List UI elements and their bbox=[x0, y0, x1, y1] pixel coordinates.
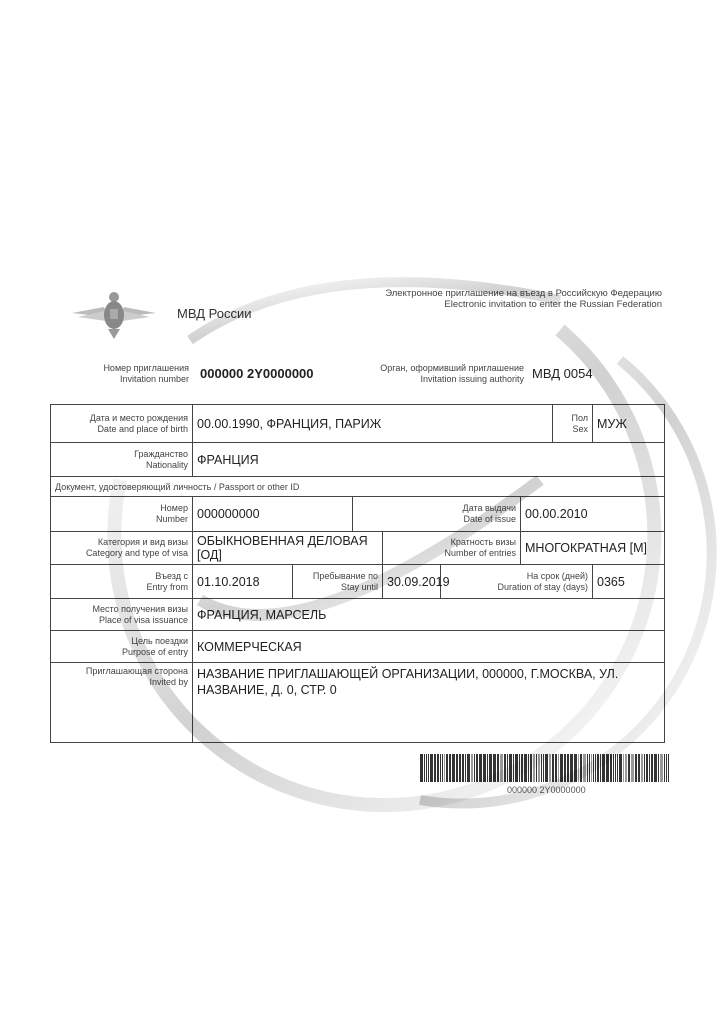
barcode-bar bbox=[638, 754, 640, 782]
stay-until-label-ru: Пребывание по bbox=[297, 571, 378, 582]
barcode-bar bbox=[509, 754, 512, 782]
invitation-number-label: Номер приглашения Invitation number bbox=[103, 363, 189, 385]
issuing-authority: МВД 0054 bbox=[532, 366, 593, 381]
barcode-bar bbox=[420, 754, 423, 782]
purpose-label: Цель поездкиPurpose of entry bbox=[51, 631, 193, 663]
nationality-label-ru: Гражданство bbox=[55, 449, 188, 460]
nationality-label: ГражданствоNationality bbox=[51, 443, 193, 477]
barcode-bar bbox=[589, 754, 590, 782]
barcode-bar bbox=[567, 754, 570, 782]
barcode-bar bbox=[666, 754, 667, 782]
barcode-bar bbox=[533, 754, 536, 782]
issue-date-label-en: Date of issue bbox=[357, 514, 516, 525]
barcode-bar bbox=[519, 754, 521, 782]
barcode-bar bbox=[600, 754, 602, 782]
barcode-bar bbox=[513, 754, 514, 782]
barcode-bar bbox=[610, 754, 612, 782]
barcode-bar bbox=[459, 754, 462, 782]
barcode-bar bbox=[426, 754, 427, 782]
barcode-bar bbox=[428, 754, 430, 782]
nationality-row: ГражданствоNationality ФРАНЦИЯ bbox=[51, 443, 665, 477]
invitation-number-label-ru: Номер приглашения bbox=[103, 363, 189, 374]
document-title-ru: Электронное приглашение на въезд в Росси… bbox=[385, 288, 662, 299]
invitation-number-label-en: Invitation number bbox=[103, 374, 189, 385]
barcode-number: 000000 2Y0000000 bbox=[507, 785, 586, 795]
authority-title: МВД России bbox=[177, 306, 251, 321]
issue-date-value: 00.00.2010 bbox=[521, 497, 665, 532]
barcode-bar bbox=[658, 754, 660, 782]
barcode-bar bbox=[434, 754, 436, 782]
document-title: Электронное приглашение на въезд в Росси… bbox=[385, 288, 662, 310]
barcode-bar bbox=[497, 754, 499, 782]
issuance-place-label-ru: Место получения визы bbox=[55, 604, 188, 615]
birth-label: Дата и место рожденияDate and place of b… bbox=[51, 405, 193, 443]
barcode-bar bbox=[631, 754, 634, 782]
barcode-bar bbox=[442, 754, 444, 782]
barcode-bar bbox=[654, 754, 657, 782]
barcode-bar bbox=[615, 754, 617, 782]
issue-date-label-ru: Дата выдачи bbox=[357, 503, 516, 514]
nationality-label-en: Nationality bbox=[55, 460, 188, 471]
invited-by-value: НАЗВАНИЕ ПРИГЛАШАЮЩЕЙ ОРГАНИЗАЦИИ, 00000… bbox=[193, 663, 665, 743]
dates-row: Въезд сEntry from 01.10.2018 Пребывание … bbox=[51, 565, 665, 599]
doc-number-label-ru: Номер bbox=[55, 503, 188, 514]
issuance-place-label: Место получения визыPlace of visa issuan… bbox=[51, 599, 193, 631]
doc-number-label-en: Number bbox=[55, 514, 188, 525]
sex-value: МУЖ bbox=[593, 405, 665, 443]
barcode-bar bbox=[628, 754, 631, 782]
barcode-bar bbox=[483, 754, 486, 782]
duration-label: На срок (дней)Duration of stay (days) bbox=[441, 565, 593, 599]
stay-until-value: 30.09.2019 bbox=[383, 565, 441, 599]
birth-label-ru: Дата и место рождения bbox=[55, 413, 188, 424]
barcode-bar bbox=[440, 754, 441, 782]
barcode-bar bbox=[444, 754, 445, 782]
barcode-bar bbox=[664, 754, 665, 782]
barcode-bar bbox=[649, 754, 650, 782]
barcode-bar bbox=[462, 754, 464, 782]
barcode-bar bbox=[446, 754, 448, 782]
sex-label-ru: Пол bbox=[557, 413, 588, 424]
barcode-bar bbox=[558, 754, 559, 782]
issuance-place-label-en: Place of visa issuance bbox=[55, 615, 188, 626]
barcode-bar bbox=[449, 754, 451, 782]
invited-by-row: Приглашающая сторонаInvited by НАЗВАНИЕ … bbox=[51, 663, 665, 743]
barcode-bar bbox=[515, 754, 518, 782]
document-title-en: Electronic invitation to enter the Russi… bbox=[385, 299, 662, 310]
entry-from-label-ru: Въезд с bbox=[55, 571, 188, 582]
barcode-bar bbox=[541, 754, 542, 782]
barcode-bar bbox=[538, 754, 540, 782]
barcode-bar bbox=[507, 754, 508, 782]
barcode-bar bbox=[456, 754, 458, 782]
barcode-bar bbox=[424, 754, 425, 782]
barcode-bar bbox=[489, 754, 490, 782]
purpose-label-en: Purpose of entry bbox=[55, 647, 188, 658]
entries-label-ru: Кратность визы bbox=[387, 537, 516, 548]
visa-category-row: Категория и вид визыCategory and type of… bbox=[51, 532, 665, 565]
barcode-bar bbox=[580, 754, 583, 782]
barcode-bar bbox=[619, 754, 622, 782]
entries-value: МНОГОКРАТНАЯ [М] bbox=[521, 532, 665, 565]
barcode-bar bbox=[593, 754, 594, 782]
invitation-number: 000000 2Y0000000 bbox=[200, 366, 314, 381]
issue-date-label: Дата выдачиDate of issue bbox=[353, 497, 521, 532]
entries-label: Кратность визыNumber of entries bbox=[383, 532, 521, 565]
birth-row: Дата и место рожденияDate and place of b… bbox=[51, 405, 665, 443]
passport-section-row: Документ, удостоверяющий личность / Pass… bbox=[51, 477, 665, 497]
barcode-bar bbox=[552, 754, 553, 782]
entry-from-label-en: Entry from bbox=[55, 582, 188, 593]
barcode-bar bbox=[570, 754, 573, 782]
barcode-bar bbox=[625, 754, 627, 782]
barcode-bar bbox=[467, 754, 470, 782]
barcode-bar bbox=[644, 754, 646, 782]
entry-from-value: 01.10.2018 bbox=[193, 565, 293, 599]
barcode-bar bbox=[500, 754, 503, 782]
duration-value: 0365 bbox=[593, 565, 665, 599]
barcode-bar bbox=[493, 754, 496, 782]
barcode-bar bbox=[623, 754, 624, 782]
barcode-bar bbox=[617, 754, 618, 782]
birth-label-en: Date and place of birth bbox=[55, 424, 188, 435]
invited-by-label: Приглашающая сторонаInvited by bbox=[51, 663, 193, 743]
visa-category-value: ОБЫКНОВЕННАЯ ДЕЛОВАЯ [ОД] bbox=[193, 532, 383, 565]
barcode-bar bbox=[452, 754, 455, 782]
barcode-bar bbox=[465, 754, 466, 782]
purpose-row: Цель поездкиPurpose of entry КОММЕРЧЕСКА… bbox=[51, 631, 665, 663]
nationality-value: ФРАНЦИЯ bbox=[193, 443, 665, 477]
barcode-bar bbox=[668, 754, 669, 782]
sex-label-en: Sex bbox=[557, 424, 588, 435]
issuing-authority-label: Орган, оформивший приглашение Invitation… bbox=[380, 363, 524, 385]
visa-category-label-ru: Категория и вид визы bbox=[55, 537, 188, 548]
barcode-bar bbox=[437, 754, 439, 782]
barcode-bar bbox=[543, 754, 544, 782]
barcode-bar bbox=[505, 754, 506, 782]
barcode-bar bbox=[536, 754, 537, 782]
barcode-bar bbox=[487, 754, 488, 782]
barcode bbox=[420, 754, 670, 782]
issuance-place-row: Место получения визыPlace of visa issuan… bbox=[51, 599, 665, 631]
issuing-authority-label-en: Invitation issuing authority bbox=[380, 374, 524, 385]
doc-number-row: НомерNumber 000000000 Дата выдачиDate of… bbox=[51, 497, 665, 532]
entry-from-label: Въезд сEntry from bbox=[51, 565, 193, 599]
barcode-bar bbox=[635, 754, 637, 782]
doc-number-label: НомерNumber bbox=[51, 497, 193, 532]
visa-category-label-en: Category and type of visa bbox=[55, 548, 188, 559]
purpose-label-ru: Цель поездки bbox=[55, 636, 188, 647]
duration-label-ru: На срок (дней) bbox=[445, 571, 588, 582]
invited-by-label-en: Invited by bbox=[55, 677, 188, 688]
barcode-bar bbox=[545, 754, 548, 782]
barcode-bar bbox=[606, 754, 609, 782]
stay-until-label: Пребывание поStay until bbox=[293, 565, 383, 599]
barcode-bar bbox=[560, 754, 563, 782]
barcode-bar bbox=[591, 754, 592, 782]
barcode-bar bbox=[651, 754, 653, 782]
barcode-bar bbox=[530, 754, 532, 782]
barcode-bar bbox=[555, 754, 557, 782]
issuance-place-value: ФРАНЦИЯ, МАРСЕЛЬ bbox=[193, 599, 665, 631]
barcode-bar bbox=[528, 754, 529, 782]
invitation-form-table: Дата и место рожденияDate and place of b… bbox=[50, 404, 665, 743]
barcode-bar bbox=[471, 754, 473, 782]
barcode-bar bbox=[602, 754, 605, 782]
barcode-bar bbox=[504, 754, 505, 782]
barcode-bar bbox=[613, 754, 614, 782]
barcode-bar bbox=[583, 754, 586, 782]
barcode-bar bbox=[553, 754, 554, 782]
barcode-bar bbox=[479, 754, 482, 782]
visa-category-label: Категория и вид визыCategory and type of… bbox=[51, 532, 193, 565]
birth-value: 00.00.1990, ФРАНЦИЯ, ПАРИЖ bbox=[193, 405, 553, 443]
barcode-bar bbox=[641, 754, 643, 782]
barcode-bar bbox=[646, 754, 648, 782]
barcode-bar bbox=[521, 754, 523, 782]
barcode-bar bbox=[490, 754, 492, 782]
issuing-authority-label-ru: Орган, оформивший приглашение bbox=[380, 363, 524, 374]
double-headed-eagle-emblem-icon bbox=[70, 287, 158, 339]
barcode-bar bbox=[578, 754, 579, 782]
duration-label-en: Duration of stay (days) bbox=[445, 582, 588, 593]
barcode-bar bbox=[660, 754, 663, 782]
stay-until-label-en: Stay until bbox=[297, 582, 378, 593]
barcode-bar bbox=[574, 754, 577, 782]
barcode-bar bbox=[564, 754, 566, 782]
barcode-bar bbox=[587, 754, 588, 782]
purpose-value: КОММЕРЧЕСКАЯ bbox=[193, 631, 665, 663]
barcode-bar bbox=[476, 754, 478, 782]
passport-section-heading: Документ, удостоверяющий личность / Pass… bbox=[51, 477, 665, 497]
barcode-bar bbox=[549, 754, 551, 782]
doc-number-value: 000000000 bbox=[193, 497, 353, 532]
barcode-bar bbox=[595, 754, 596, 782]
barcode-bar bbox=[474, 754, 476, 782]
barcode-bar bbox=[597, 754, 599, 782]
sex-label: ПолSex bbox=[553, 405, 593, 443]
entries-label-en: Number of entries bbox=[387, 548, 516, 559]
invited-by-label-ru: Приглашающая сторона bbox=[55, 666, 188, 677]
barcode-bar bbox=[430, 754, 433, 782]
barcode-bar bbox=[524, 754, 527, 782]
